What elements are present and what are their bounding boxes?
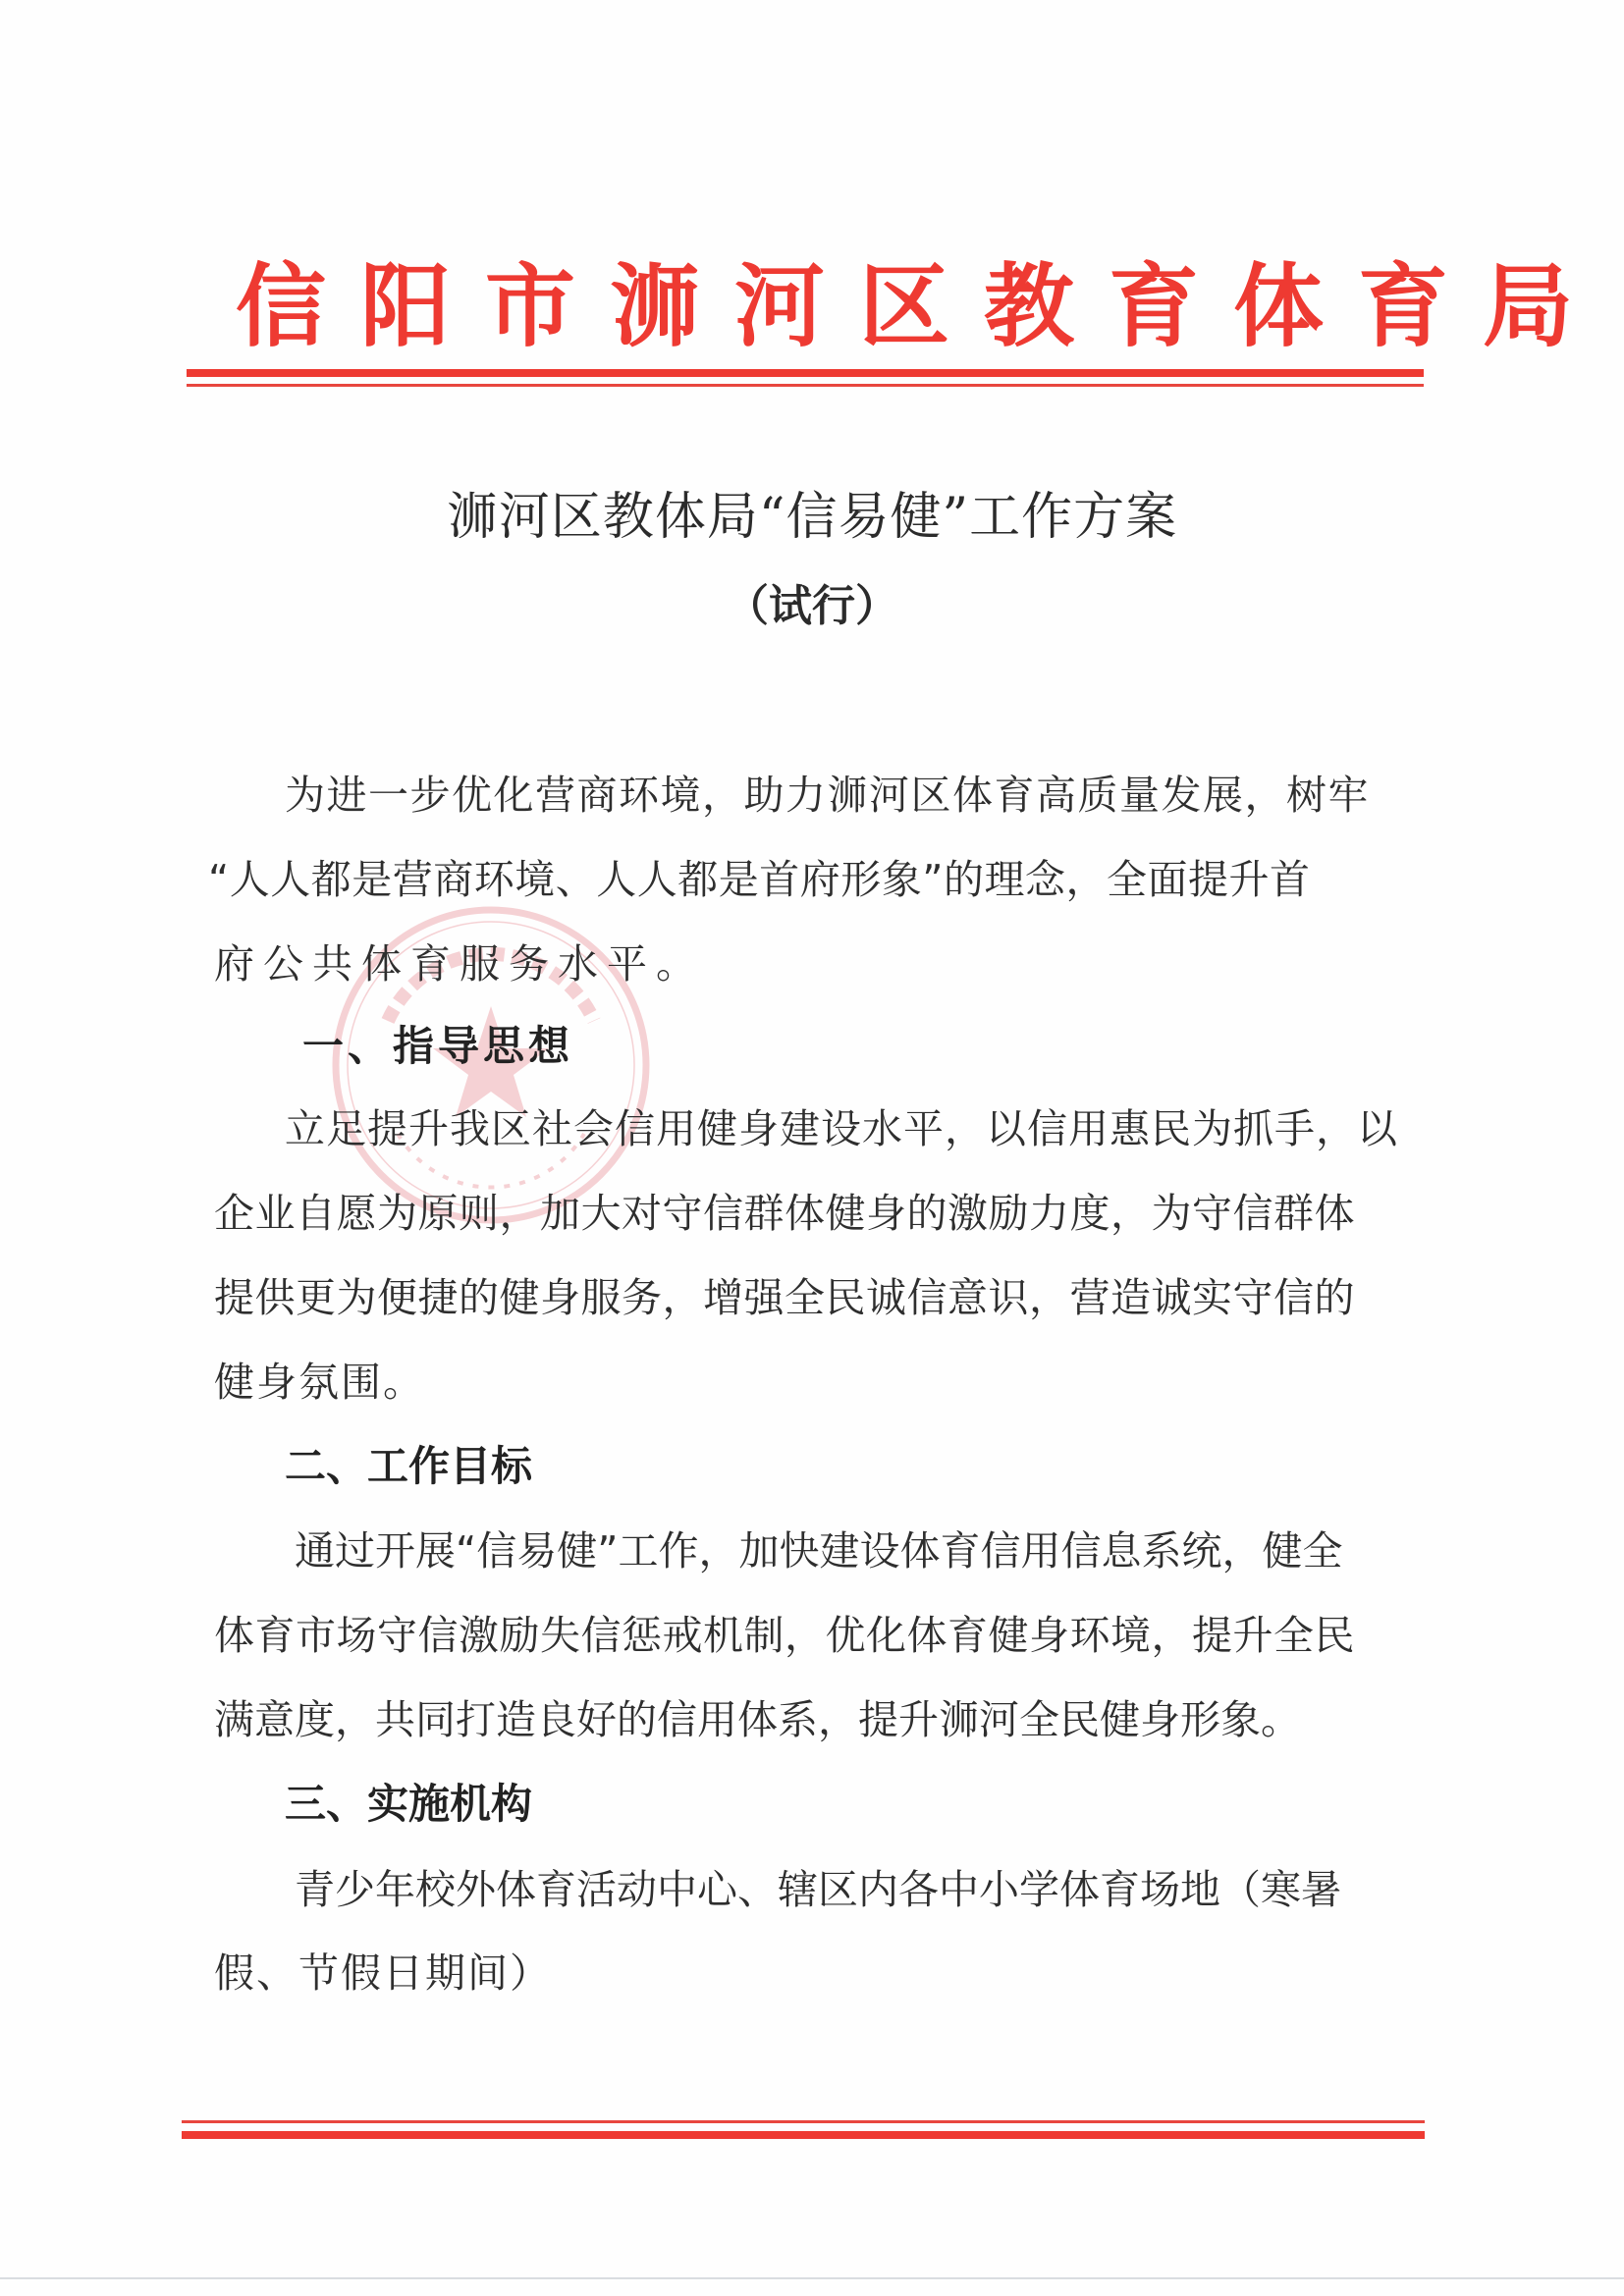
letterhead-thick-rule — [187, 369, 1424, 377]
section-1-line: 立足提升我区社会信用健身建设水平，以信用惠民为抓手，以 — [285, 1099, 1398, 1158]
letterhead-thin-rule — [187, 384, 1424, 387]
section-3-line: 假、节假日期间） — [214, 1944, 552, 2002]
intro-line: “人人都是营商环境、人人都是首府形象”的理念，全面提升首 — [208, 850, 1310, 909]
section-2-line: 通过开展“信易健”工作，加快建设体育信用信息系统，健全 — [295, 1522, 1342, 1580]
section-heading-guiding-ideology: 一、指导思想 — [302, 1017, 573, 1076]
section-2-line: 满意度，共同打造良好的信用体系，提升浉河全民健身形象。 — [214, 1690, 1301, 1749]
section-3-line: 青少年校外体育活动中心、辖区内各中小学体育场地（寒暑 — [295, 1860, 1341, 1919]
footer-thin-rule — [182, 2120, 1425, 2123]
section-2-line: 体育市场守信激励失信惩戒机制，优化体育健身环境，提升全民 — [214, 1606, 1355, 1665]
intro-line: 为进一步优化营商环境，助力浉河区体育高质量发展，树牢 — [285, 766, 1370, 825]
section-1-line: 企业自愿为原则，加大对守信群体健身的激励力度，为守信群体 — [214, 1184, 1355, 1243]
section-heading-work-goals: 二、工作目标 — [285, 1437, 532, 1496]
scan-edge-line — [0, 2277, 1624, 2279]
intro-line: 府公共体育服务水平。 — [214, 934, 705, 993]
document-subtitle: （试行） — [0, 577, 1624, 636]
document-page: 信阳市浉河区教育体育局 浉河区教体局“信易健”工作方案 （试行） 为进一步优化营… — [0, 0, 1624, 2296]
section-1-line: 健身氛围。 — [214, 1353, 425, 1412]
footer-thick-rule — [182, 2131, 1425, 2139]
section-1-line: 提供更为便捷的健身服务，增强全民诚信意识，营造诚实守信的 — [214, 1268, 1355, 1327]
document-title: 浉河区教体局“信易健”工作方案 — [0, 483, 1624, 552]
section-heading-implementing-agencies: 三、实施机构 — [285, 1775, 532, 1834]
letterhead-organization: 信阳市浉河区教育体育局 — [236, 247, 1384, 365]
